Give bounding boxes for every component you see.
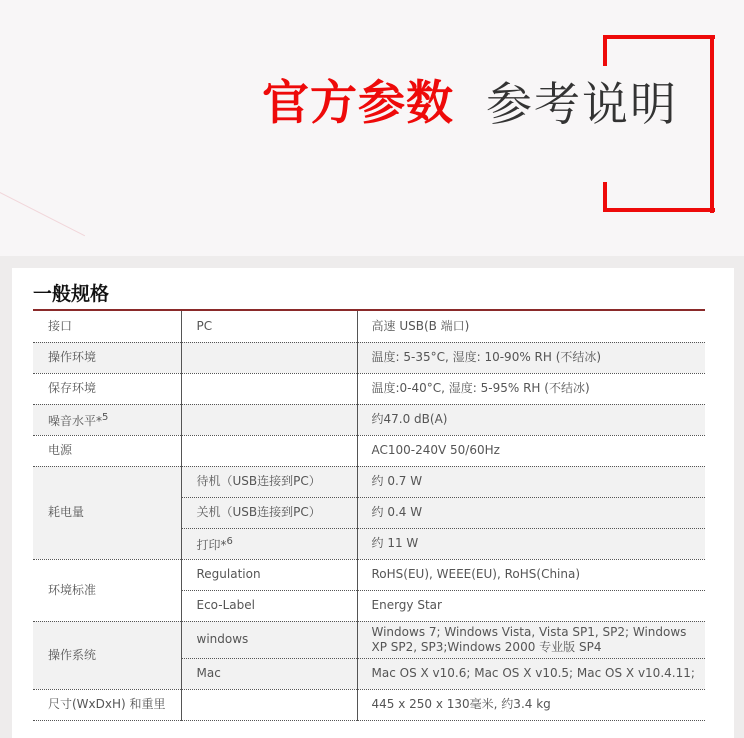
row-value: RoHS(EU), WEEE(EU), RoHS(China)	[357, 559, 705, 590]
row-value: AC100-240V 50/60Hz	[357, 435, 705, 466]
bracket-frame-right	[710, 35, 714, 213]
row-sub	[181, 689, 357, 720]
decorative-diagonal-line	[0, 190, 85, 236]
row-sub: 打印*6	[181, 528, 357, 559]
table-row: 操作系统 windows Windows 7; Windows Vista, V…	[33, 621, 705, 658]
row-sub: Eco-Label	[181, 590, 357, 621]
table-row: 接口 PC 高速 USB(B 端口)	[33, 311, 705, 342]
table-row: 尺寸(WxDxH) 和重里 445 x 250 x 130毫米, 约3.4 kg	[33, 689, 705, 720]
row-value: 高速 USB(B 端口)	[357, 311, 705, 342]
row-sub: Regulation	[181, 559, 357, 590]
row-label: 接口	[33, 311, 181, 342]
row-sub	[181, 435, 357, 466]
row-sub-text: 打印*	[197, 538, 227, 552]
table-row: 操作环境 温度: 5-35°C, 湿度: 10-90% RH (不结冰)	[33, 342, 705, 373]
row-label-text: 噪音水平*	[48, 414, 102, 428]
banner: 官方参数 参考说明	[0, 0, 744, 256]
table-row: 耗电量 待机（USB连接到PC） 约 0.7 W	[33, 466, 705, 497]
banner-title-secondary: 参考说明	[486, 74, 678, 134]
table-row: 电源 AC100-240V 50/60Hz	[33, 435, 705, 466]
table-row: 环境标准 Regulation RoHS(EU), WEEE(EU), RoHS…	[33, 559, 705, 590]
row-sub: 待机（USB连接到PC）	[181, 466, 357, 497]
row-value: 约 0.4 W	[357, 497, 705, 528]
row-label: 保存环境	[33, 373, 181, 404]
row-value: 温度: 5-35°C, 湿度: 10-90% RH (不结冰)	[357, 342, 705, 373]
row-label: 电源	[33, 435, 181, 466]
row-sub	[181, 373, 357, 404]
row-label: 环境标准	[33, 559, 181, 621]
row-value: 温度:0-40°C, 湿度: 5-95% RH (不结冰)	[357, 373, 705, 404]
row-value: Mac OS X v10.6; Mac OS X v10.5; Mac OS X…	[357, 658, 705, 689]
spec-table: 接口 PC 高速 USB(B 端口) 操作环境 温度: 5-35°C, 湿度: …	[33, 311, 705, 721]
row-label: 操作系统	[33, 621, 181, 689]
row-value: 约 11 W	[357, 528, 705, 559]
bracket-frame-top	[603, 35, 715, 39]
row-sub	[181, 404, 357, 435]
bracket-frame-bottom	[603, 208, 715, 212]
row-value: 约47.0 dB(A)	[357, 404, 705, 435]
table-row: 保存环境 温度:0-40°C, 湿度: 5-95% RH (不结冰)	[33, 373, 705, 404]
row-value: Windows 7; Windows Vista, Vista SP1, SP2…	[357, 621, 705, 658]
row-label: 尺寸(WxDxH) 和重里	[33, 689, 181, 720]
row-label: 噪音水平*5	[33, 404, 181, 435]
bracket-frame-left-bottom	[603, 182, 607, 212]
footnote-ref: 6	[227, 536, 233, 547]
bracket-frame-left-top	[603, 35, 607, 66]
row-sub: Mac	[181, 658, 357, 689]
row-sub: windows	[181, 621, 357, 658]
row-label: 耗电量	[33, 466, 181, 559]
table-row: 噪音水平*5 约47.0 dB(A)	[33, 404, 705, 435]
row-sub: 关机（USB连接到PC）	[181, 497, 357, 528]
row-label: 操作环境	[33, 342, 181, 373]
row-value: 445 x 250 x 130毫米, 约3.4 kg	[357, 689, 705, 720]
row-value: Energy Star	[357, 590, 705, 621]
row-value: 约 0.7 W	[357, 466, 705, 497]
row-sub	[181, 342, 357, 373]
row-sub: PC	[181, 311, 357, 342]
section-title: 一般规格	[33, 281, 109, 307]
banner-title-primary: 官方参数	[262, 74, 454, 134]
footnote-ref: 5	[102, 412, 108, 423]
